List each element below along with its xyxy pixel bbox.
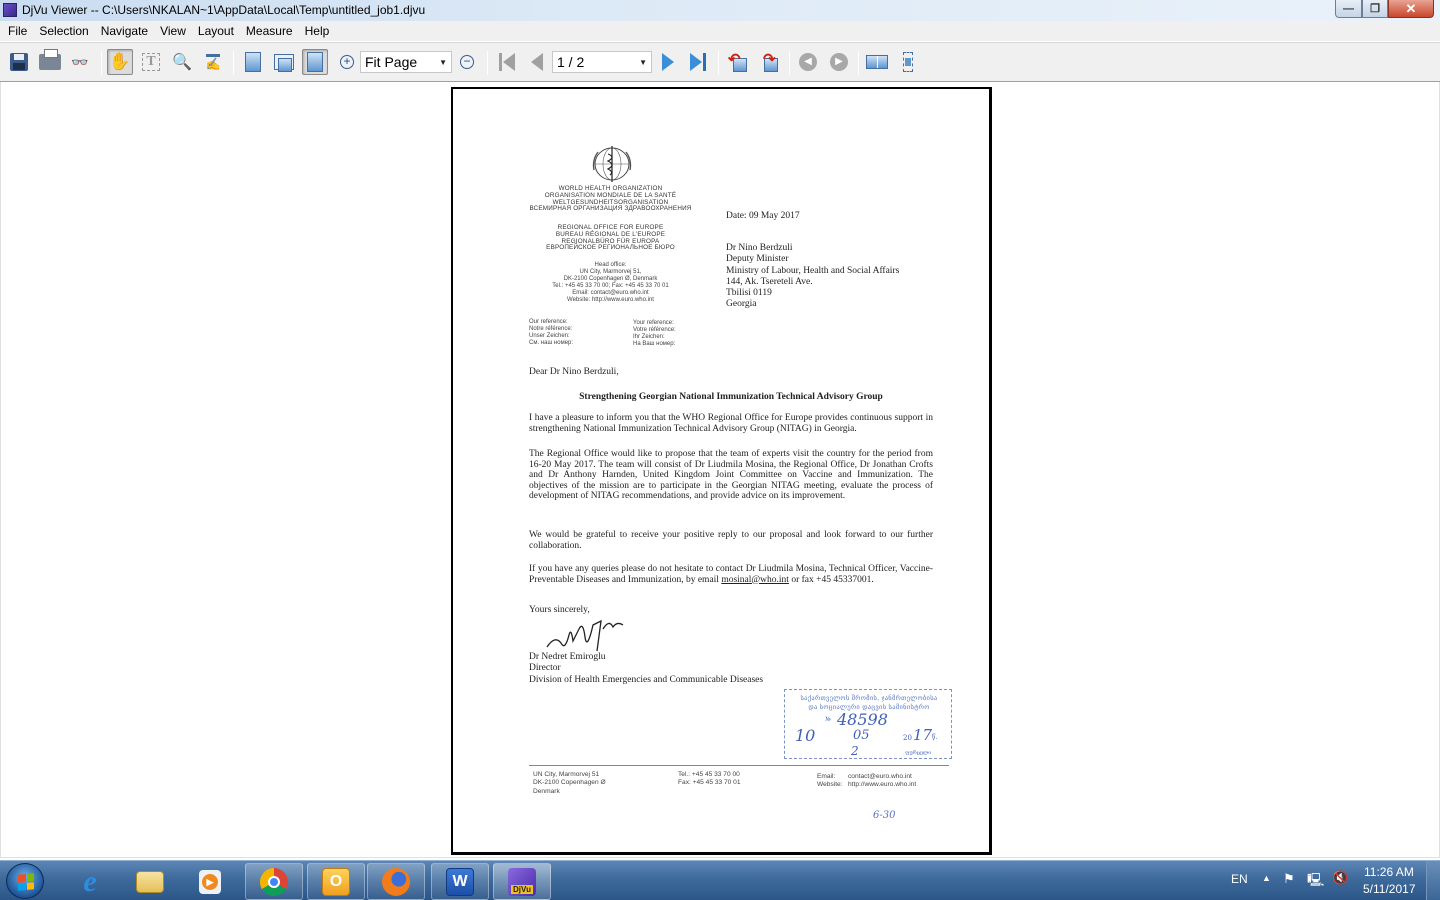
- language-indicator[interactable]: EN: [1231, 872, 1248, 886]
- close-icon: ✕: [1406, 1, 1417, 17]
- show-hidden-icons-icon[interactable]: ▲: [1262, 873, 1271, 883]
- firefox-icon: [382, 868, 410, 896]
- zoom-out-icon: −: [460, 55, 474, 69]
- rotate-left-button[interactable]: ↶: [725, 49, 751, 75]
- stamp-month: 05: [853, 728, 870, 743]
- windows-logo-icon: [18, 873, 34, 890]
- closing: Yours sincerely,: [529, 605, 590, 615]
- document-page: WORLD HEALTH ORGANIZATION ORGANISATION M…: [451, 87, 992, 855]
- volume-muted-icon[interactable]: 🔇: [1332, 870, 1348, 886]
- letter-date: Date: 09 May 2017: [726, 211, 800, 221]
- menu-bar: File Selection Navigate View Layout Meas…: [0, 21, 1440, 41]
- toolbar: 👓 ✋ T 🔍 ✍ + Fit Page ▼ − 1 / 2 ▼ ↶ ↷ ◀ ▶: [0, 42, 1440, 82]
- fit-page-icon: [307, 52, 323, 72]
- our-reference-block: Our reference: Notre référence: Unser Ze…: [529, 319, 573, 347]
- salutation: Dear Dr Nino Berdzuli,: [529, 367, 619, 377]
- who-organization-names: WORLD HEALTH ORGANIZATION ORGANISATION M…: [523, 186, 698, 213]
- hand-tool-button[interactable]: ✋: [107, 49, 133, 75]
- taskbar-app-media-player[interactable]: ▶: [181, 863, 239, 900]
- email-link[interactable]: mosinal@who.int: [721, 575, 789, 585]
- regional-office-names: REGIONAL OFFICE FOR EUROPE BUREAU RÉGION…: [523, 225, 698, 252]
- book-view-button[interactable]: [864, 49, 890, 75]
- chrome-icon: [260, 868, 288, 896]
- taskbar-app-explorer[interactable]: [121, 863, 179, 900]
- paragraph-2: The Regional Office would like to propos…: [529, 449, 933, 502]
- menu-layout[interactable]: Layout: [192, 24, 240, 38]
- head-office-block: Head office: UN City, Marmorvej 51, DK-2…: [523, 262, 698, 304]
- page-indicator: 1 / 2: [557, 54, 584, 70]
- taskbar-app-djvu[interactable]: DjVu: [493, 863, 551, 900]
- internet-explorer-icon: e: [76, 868, 104, 896]
- zoom-in-icon: +: [340, 55, 354, 69]
- previous-page-icon: [531, 53, 543, 71]
- document-viewport[interactable]: WORLD HEALTH ORGANIZATION ORGANISATION M…: [0, 82, 1440, 858]
- footer-web-labels: Email: Website:: [817, 773, 843, 790]
- previous-page-button[interactable]: [524, 49, 550, 75]
- zoom-out-button[interactable]: −: [454, 49, 480, 75]
- action-center-flag-icon[interactable]: ⚑: [1283, 871, 1295, 887]
- taskbar-app-chrome[interactable]: [245, 863, 303, 900]
- footer-divider: [529, 765, 949, 766]
- chevron-down-icon: ▼: [439, 58, 447, 67]
- your-reference-block: Your reference: Votre référence: Ihr Zei…: [633, 320, 676, 348]
- clock-date[interactable]: 5/11/2017: [1363, 882, 1416, 896]
- stamp-number: 48598: [837, 710, 888, 729]
- find-button[interactable]: 👓: [68, 49, 94, 75]
- continuous-view-button[interactable]: [895, 49, 921, 75]
- footer-address: UN City, Marmorvej 51 DK-2100 Copenhagen…: [533, 771, 606, 796]
- last-page-button[interactable]: [685, 49, 711, 75]
- djvu-app-icon: [3, 3, 17, 17]
- minimize-icon: —: [1343, 3, 1354, 15]
- maximize-button[interactable]: ❐: [1362, 0, 1388, 18]
- print-button[interactable]: [37, 49, 63, 75]
- menu-navigate[interactable]: Navigate: [95, 24, 154, 38]
- taskbar-app-outlook[interactable]: O: [307, 863, 365, 900]
- menu-file[interactable]: File: [2, 24, 33, 38]
- book-view-icon: [866, 55, 888, 69]
- zoom-select-button[interactable]: 🔍: [169, 49, 195, 75]
- ruler-measure-icon: ✍: [206, 54, 221, 71]
- footer-web-values: contact@euro.who.int http://www.euro.who…: [848, 773, 916, 790]
- continuous-view-icon: [903, 52, 913, 72]
- paragraph-1: I have a pleasure to inform you that the…: [529, 413, 933, 434]
- facing-page-icon: [274, 54, 294, 70]
- menu-view[interactable]: View: [154, 24, 192, 38]
- letter-subject: Strengthening Georgian National Immuniza…: [529, 392, 933, 402]
- single-page-button[interactable]: [240, 49, 266, 75]
- zoom-mode-value: Fit Page: [365, 54, 417, 70]
- find-icon: 👓: [71, 55, 91, 69]
- zoom-select-icon: 🔍: [172, 52, 192, 72]
- outlook-icon: O: [322, 868, 350, 896]
- fit-page-button[interactable]: [302, 49, 328, 75]
- paragraph-contact: If you have any queries please do not he…: [529, 564, 933, 585]
- chevron-down-icon: ▼: [639, 58, 647, 67]
- next-page-button[interactable]: [655, 49, 681, 75]
- menu-measure[interactable]: Measure: [240, 24, 299, 38]
- first-page-button[interactable]: [494, 49, 520, 75]
- page-select[interactable]: 1 / 2 ▼: [552, 51, 652, 73]
- show-desktop-button[interactable]: [1426, 861, 1440, 900]
- next-page-icon: [662, 53, 674, 71]
- text-select-icon: T: [142, 53, 159, 71]
- taskbar-app-firefox[interactable]: [367, 863, 425, 900]
- restore-icon: ❐: [1370, 2, 1380, 15]
- signer-block: Dr Nedret Emiroglu Director Division of …: [529, 652, 763, 686]
- print-icon: [39, 54, 61, 70]
- save-button[interactable]: [6, 49, 32, 75]
- recipient-address: Dr Nino Berdzuli Deputy Minister Ministr…: [726, 243, 899, 311]
- folder-icon: [136, 871, 164, 893]
- start-button[interactable]: [6, 863, 44, 899]
- zoom-mode-select[interactable]: Fit Page ▼: [360, 51, 452, 73]
- title-bar: DjVu Viewer -- C:\Users\NKALAN~1\AppData…: [0, 0, 1440, 21]
- paragraph-3: We would be grateful to receive your pos…: [529, 530, 933, 551]
- rotate-right-icon: ↷: [759, 52, 779, 72]
- handwritten-note: 6-30: [873, 810, 895, 821]
- text-select-button[interactable]: T: [138, 49, 164, 75]
- minimize-button[interactable]: —: [1335, 0, 1362, 18]
- taskbar: e ▶ O W DjVu EN ▲ ⚑ 🖳 🔇 11:26 AM 5/11/20…: [0, 860, 1440, 900]
- clock-time[interactable]: 11:26 AM: [1364, 865, 1414, 879]
- forward-button[interactable]: ▶: [826, 49, 852, 75]
- djvu-icon: DjVu: [508, 868, 536, 896]
- menu-help[interactable]: Help: [299, 24, 336, 38]
- back-button[interactable]: ◀: [795, 49, 821, 75]
- menu-selection[interactable]: Selection: [33, 24, 94, 38]
- media-player-icon: ▶: [199, 870, 221, 894]
- close-button[interactable]: ✕: [1388, 0, 1434, 18]
- registration-stamp: საქართველოს შრომის, ჯანმრთელობისა და სოც…: [784, 689, 952, 759]
- stamp-pages: 2: [851, 744, 859, 758]
- zoom-in-button[interactable]: +: [334, 49, 360, 75]
- rotate-left-icon: ↶: [728, 52, 748, 72]
- forward-icon: ▶: [830, 53, 848, 71]
- rotate-right-button[interactable]: ↷: [756, 49, 782, 75]
- back-icon: ◀: [799, 53, 817, 71]
- facing-page-button[interactable]: [271, 49, 297, 75]
- hand-tool-icon: ✋: [109, 52, 130, 72]
- stamp-year: 17: [913, 726, 932, 744]
- signature: [543, 617, 638, 655]
- network-icon[interactable]: 🖳: [1307, 871, 1324, 893]
- who-logo-icon: [590, 144, 634, 184]
- ruler-measure-button[interactable]: ✍: [200, 49, 226, 75]
- first-page-icon: [499, 53, 515, 71]
- word-icon: W: [446, 868, 474, 896]
- last-page-icon: [690, 53, 706, 71]
- stamp-day: 10: [795, 726, 815, 745]
- single-page-icon: [245, 52, 261, 72]
- taskbar-app-word[interactable]: W: [431, 863, 489, 900]
- taskbar-app-ie[interactable]: e: [61, 863, 119, 900]
- save-icon: [10, 53, 28, 71]
- window-title: DjVu Viewer -- C:\Users\NKALAN~1\AppData…: [22, 3, 425, 17]
- footer-phone: Tel.: +45 45 33 70 00 Fax: +45 45 33 70 …: [678, 771, 741, 788]
